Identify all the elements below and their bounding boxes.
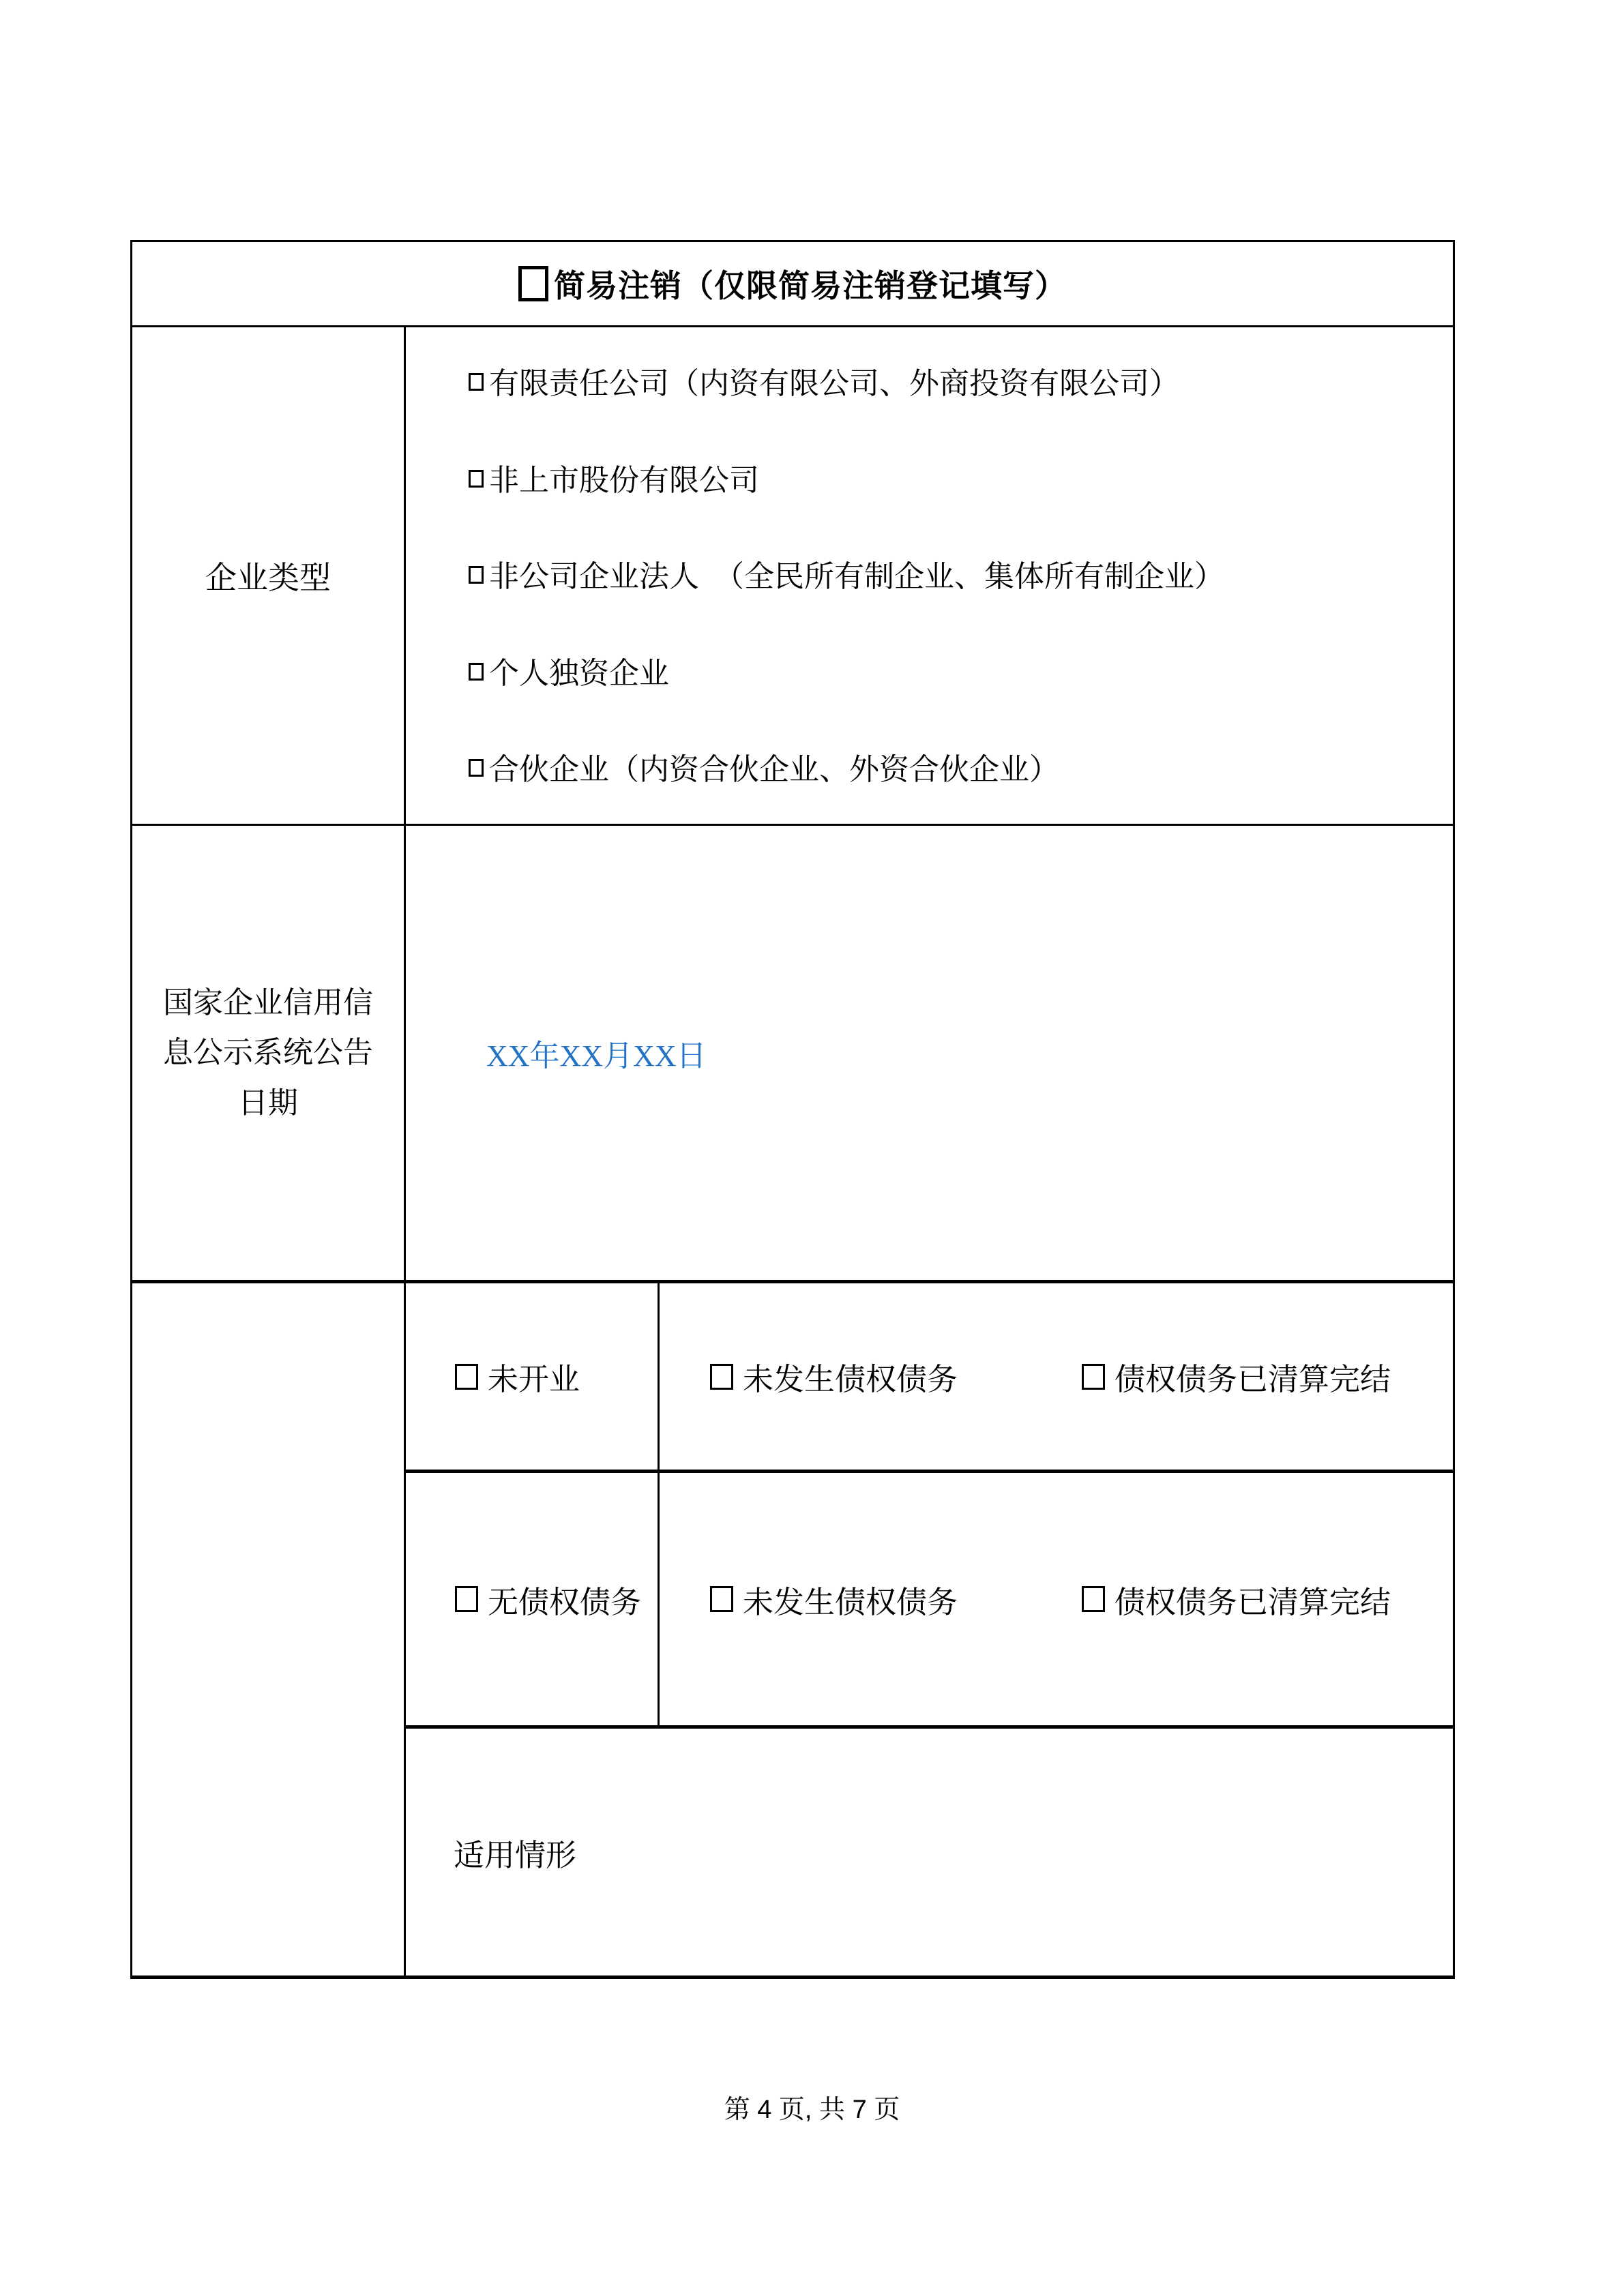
no-debt-cell: 无债权债务 — [406, 1473, 660, 1725]
option-label: 债权债务已清算完结 — [1114, 1354, 1391, 1399]
option-label: 有限责任公司（内资有限公司、外商投资有限公司） — [489, 359, 1179, 402]
no-debt-label: 无债权债务 — [488, 1577, 641, 1622]
form-title: 简易注销（仅限简易注销登记填写） — [554, 261, 1067, 306]
debt-settled-checkbox[interactable] — [1082, 1364, 1105, 1390]
no-debt-incurred-checkbox[interactable] — [710, 1586, 733, 1612]
partnership-checkbox[interactable] — [469, 759, 484, 777]
non-company-legal-person-checkbox[interactable] — [469, 566, 484, 584]
debt-settled-checkbox[interactable] — [1082, 1586, 1105, 1612]
option-label: 未发生债权债务 — [743, 1354, 958, 1399]
announcement-date-row: 国家企业信用信息公示系统公告日期 XX年XX月XX日 — [132, 826, 1453, 1283]
not-opened-label: 未开业 — [488, 1354, 580, 1399]
option-sole-proprietorship: 个人独资企业 — [469, 648, 1432, 692]
option-label: 债权债务已清算完结 — [1114, 1577, 1391, 1622]
form-title-row: 简易注销（仅限简易注销登记填写） — [132, 242, 1453, 327]
not-opened-checkbox[interactable] — [455, 1364, 478, 1390]
enterprise-type-label-cell: 企业类型 — [132, 327, 406, 824]
enterprise-type-label: 企业类型 — [205, 553, 331, 598]
option-label: 非公司企业法人 （全民所有制企业、集体所有制企业） — [489, 552, 1224, 595]
option-label: 合伙企业（内资合伙企业、外资合伙企业） — [489, 745, 1059, 788]
status-row-not-opened: 未开业 未发生债权债务 债权债务已清算完结 — [406, 1283, 1453, 1473]
enterprise-type-options-cell: 有限责任公司（内资有限公司、外商投资有限公司） 非上市股份有限公司 非公司企业法… — [406, 327, 1453, 824]
option-no-debt-incurred: 未发生债权债务 — [710, 1354, 958, 1399]
option-non-company-legal-person: 非公司企业法人 （全民所有制企业、集体所有制企业） — [469, 552, 1432, 595]
option-debt-settled: 债权债务已清算完结 — [1082, 1577, 1391, 1622]
debt-status-left-empty-cell — [132, 1283, 406, 1976]
no-debt-options-cell: 未发生债权债务 债权债务已清算完结 — [660, 1473, 1453, 1725]
not-opened-options-cell: 未发生债权债务 债权债务已清算完结 — [660, 1283, 1453, 1470]
option-label: 未发生债权债务 — [743, 1577, 958, 1622]
no-debt-incurred-checkbox[interactable] — [710, 1364, 733, 1390]
simple-deregistration-form-table: 简易注销（仅限简易注销登记填写） 企业类型 有限责任公司（内资有限公司、外商投资… — [130, 240, 1455, 1979]
unlisted-joint-stock-company-checkbox[interactable] — [469, 470, 484, 488]
announcement-date-value[interactable]: XX年XX月XX日 — [486, 1031, 707, 1075]
status-row-no-debt: 无债权债务 未发生债权债务 债权债务已清算完结 — [406, 1473, 1453, 1729]
announcement-date-label: 国家企业信用信息公示系统公告日期 — [156, 978, 381, 1127]
applicable-situation-label: 适用情形 — [454, 1830, 576, 1875]
page-number-footer: 第 4 页, 共 7 页 — [0, 2088, 1624, 2126]
option-no-debt-incurred: 未发生债权债务 — [710, 1577, 958, 1622]
not-opened-cell: 未开业 — [406, 1283, 660, 1470]
option-partnership: 合伙企业（内资合伙企业、外资合伙企业） — [469, 745, 1432, 788]
option-label: 非上市股份有限公司 — [489, 456, 759, 499]
announcement-date-label-cell: 国家企业信用信息公示系统公告日期 — [132, 826, 406, 1280]
announcement-date-value-cell: XX年XX月XX日 — [406, 826, 1453, 1280]
option-unlisted-joint-stock-company: 非上市股份有限公司 — [469, 456, 1432, 499]
enterprise-type-row: 企业类型 有限责任公司（内资有限公司、外商投资有限公司） 非上市股份有限公司 非… — [132, 327, 1453, 826]
limited-liability-company-checkbox[interactable] — [469, 373, 484, 391]
option-debt-settled: 债权债务已清算完结 — [1082, 1354, 1391, 1399]
option-label: 个人独资企业 — [489, 648, 669, 692]
no-debt-checkbox[interactable] — [455, 1586, 478, 1612]
applicable-situation-cell: 适用情形 — [406, 1729, 1453, 1976]
debt-status-section: 未开业 未发生债权债务 债权债务已清算完结 无债权债务 — [132, 1283, 1453, 1976]
sole-proprietorship-checkbox[interactable] — [469, 663, 484, 681]
option-limited-liability-company: 有限责任公司（内资有限公司、外商投资有限公司） — [469, 359, 1432, 402]
debt-status-right-area: 未开业 未发生债权债务 债权债务已清算完结 无债权债务 — [406, 1283, 1453, 1976]
title-checkbox[interactable] — [518, 266, 548, 301]
